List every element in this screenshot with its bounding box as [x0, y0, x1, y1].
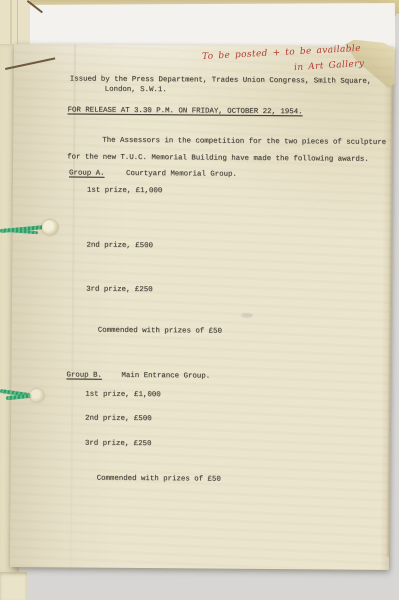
intro-paragraph-line1: The Assessors in the competition for the… [102, 137, 386, 148]
punch-hole [30, 389, 44, 402]
group-b-prize-3: 3rd prize, £250 [85, 440, 152, 450]
treasury-tag-bottom [0, 383, 60, 409]
paper-smudge [241, 313, 253, 318]
group-a-prize-3: 3rd prize, £250 [86, 286, 153, 296]
paper-right-edge-shadow [386, 77, 393, 557]
group-b-commended-line: Commended with prizes of £50 [97, 475, 221, 485]
group-a-prize-2: 2nd prize, £500 [86, 242, 153, 252]
page-edge-line [10, 0, 12, 46]
group-a-label: Group A. [69, 169, 105, 178]
group-a-prize-1: 1st prize, £1,000 [87, 187, 162, 197]
page-edge-line [17, 0, 18, 46]
green-string [6, 394, 32, 400]
scanned-document-photo: Issued by the Press Department, Trades U… [0, 0, 399, 600]
page-stack-left-edge [0, 0, 30, 50]
release-line: FOR RELEASE AT 3.30 P.M. ON FRIDAY, OCTO… [67, 106, 302, 117]
group-b-prize-1: 1st prize, £1,000 [85, 391, 160, 401]
group-b-title: Main Entrance Group. [121, 372, 210, 382]
intro-paragraph-line2: for the new T.U.C. Memorial Building hav… [67, 153, 369, 164]
group-b-prize-2: 2nd prize, £500 [85, 415, 152, 425]
underlying-page-corner [0, 572, 27, 600]
treasury-tag-top [0, 216, 70, 244]
group-b-label: Group B. [66, 371, 102, 380]
paper-crease [70, 44, 76, 567]
group-a-commended-line: Commended with prizes of £50 [98, 327, 222, 337]
punch-hole [42, 220, 58, 235]
document-page: Issued by the Press Department, Trades U… [10, 44, 393, 570]
issued-address-line: London, S.W.1. [105, 86, 167, 95]
group-a-title: Courtyard Memorial Group. [126, 170, 237, 180]
